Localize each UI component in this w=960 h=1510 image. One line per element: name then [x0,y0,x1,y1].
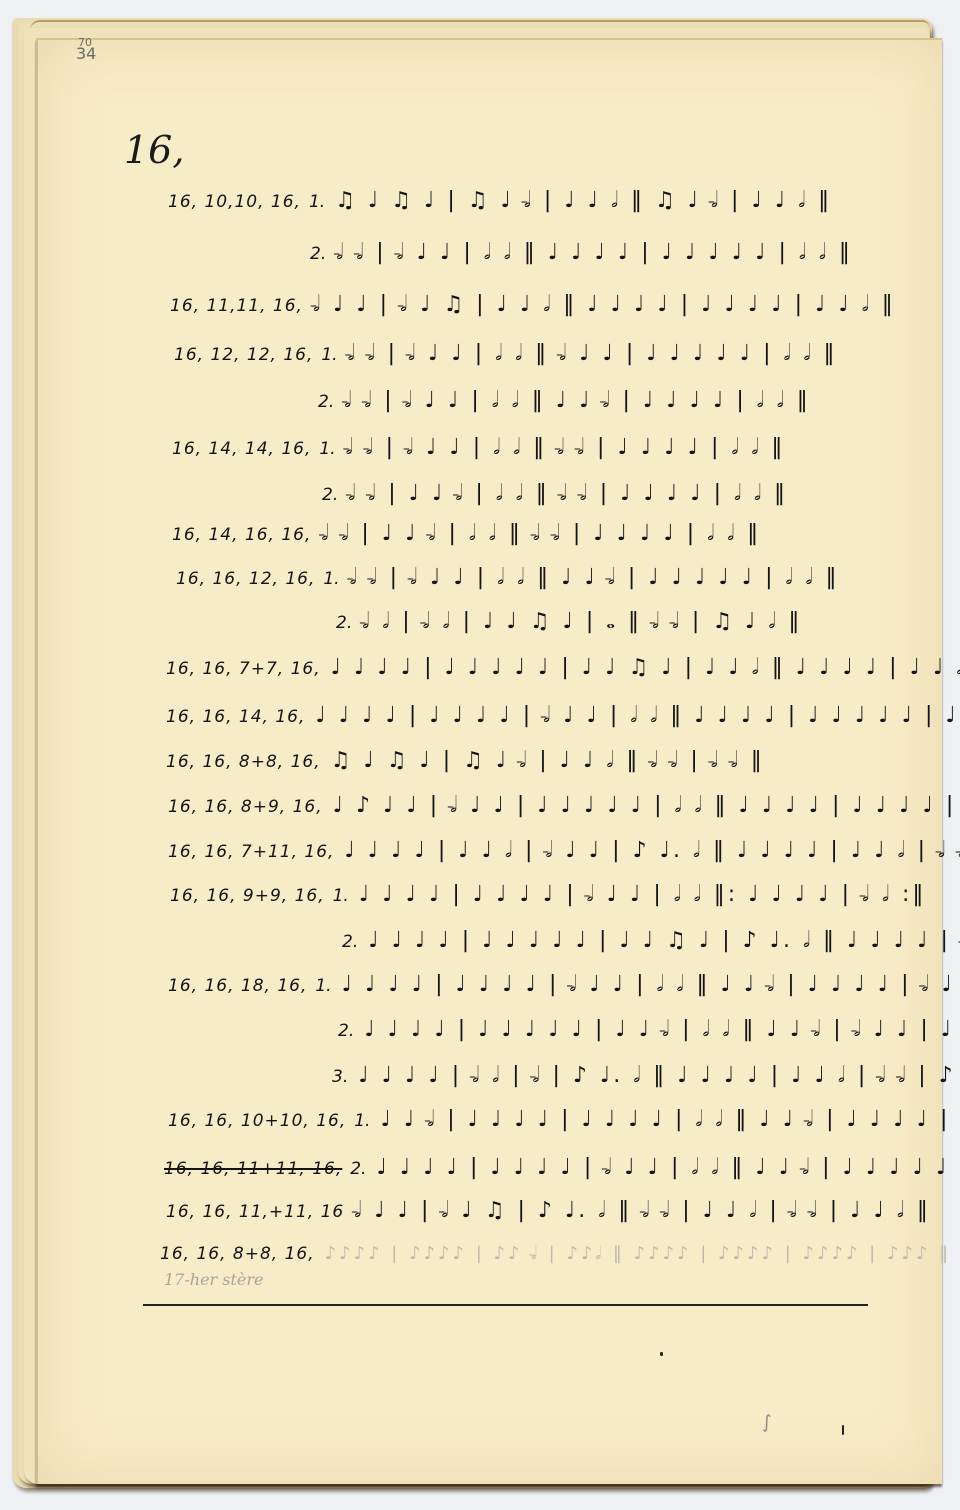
rhythm-row: 16, 14, 16, 16,𝅗̵𝅥 𝅗̵𝅥 | ♩ ♩ 𝅗̵𝅥 | 𝅗𝅥 𝅗𝅥… [172,521,761,546]
variant-number: 1. [321,345,337,365]
rhythm-row: 16, 16, 9+9, 16,1.♩ ♩ ♩ ♩ | ♩ ♩ ♩ ♩ | 𝅗̵… [170,882,926,907]
meter-label: 16, 16, 12, 16, [176,569,315,589]
meter-label: 16, 16, 7+7, 16, [166,659,321,679]
meter-label: 16, 12, 12, 16, [174,345,313,365]
rhythm-notation: ♫ ♩ ♫ ♩ | ♫ ♩ 𝅗̵𝅥 | ♩ ♩ 𝅗𝅥 ‖ ♫ ♩ 𝅗̵𝅥 | ♩… [335,188,832,213]
horizontal-rule [143,1304,868,1306]
rhythm-notation: 𝅗̵𝅥 𝅗̵𝅥 | 𝅗̵𝅥 ♩ ♩ | 𝅗𝅥 𝅗𝅥 ‖ ♩ ♩ ♩ ♩ | ♩ … [336,240,853,265]
rhythm-row: 16, 16, 7+7, 16,♩ ♩ ♩ ♩ | ♩ ♩ ♩ ♩ ♩ | ♩ … [166,655,960,680]
meter-label: 16, 16, 8+8, 16, [166,752,321,772]
variant-number: 1. [315,976,331,996]
rhythm-row: 16, 16, 11,+11, 16𝅗̵𝅥 ♩ ♩ | 𝅗̵𝅥 ♩ ♫ | ♪ … [166,1198,931,1223]
rhythm-notation: 𝅗̵𝅥 𝅗̵𝅥 | ♩ ♩ 𝅗̵𝅥 | 𝅗𝅥 𝅗𝅥 ‖ 𝅗̵𝅥 𝅗̵𝅥 | ♩ … [321,521,761,546]
variant-number: 1. [333,886,349,906]
variant-number: 3. [332,1067,348,1087]
variant-number: 2. [350,1159,366,1179]
meter-label: 16, 11,11, 16, [170,296,303,316]
rhythm-notation: ♩ ♩ ♩ ♩ | ♩ ♩ ♩ ♩ | 𝅗̵𝅥 ♩ ♩ | 𝅗𝅥 𝅗𝅥 ‖ ♩ … [342,972,960,997]
rhythm-row: 16, 14, 14, 16,1.𝅗̵𝅥 𝅗̵𝅥 | 𝅗̵𝅥 ♩ ♩ | 𝅗𝅥 … [172,435,785,460]
variant-number: 2. [310,244,326,264]
ink-speck [842,1425,844,1435]
meter-label: 16, 16, 10+10, 16, [168,1111,346,1131]
rhythm-row: 16, 16, 10+10, 16,1.♩ ♩ 𝅗̵𝅥 | ♩ ♩ ♩ ♩ | … [168,1107,960,1132]
rhythm-row: 16, 16, 18, 16,1.♩ ♩ ♩ ♩ | ♩ ♩ ♩ ♩ | 𝅗̵𝅥… [168,972,960,997]
rhythm-row: 2.♩ ♩ ♩ ♩ | ♩ ♩ ♩ ♩ ♩ | ♩ ♩ 𝅗̵𝅥 | 𝅗𝅥 𝅗𝅥 … [338,1017,960,1042]
variant-number: 1. [319,439,335,459]
rhythm-row: 16, 16, 14, 16,♩ ♩ ♩ ♩ | ♩ ♩ ♩ ♩ | 𝅗̵𝅥 ♩… [166,703,960,728]
rhythm-notation: ♩ ♪ ♩ ♩ | 𝅗̵𝅥 ♩ ♩ | ♩ ♩ ♩ ♩ ♩ | 𝅗𝅥 𝅗𝅥 ‖ … [333,793,960,818]
rhythm-notation: 𝅗̵𝅥 𝅗̵𝅥 | 𝅗̵𝅥 ♩ ♩ | 𝅗𝅥 𝅗𝅥 ‖ ♩ ♩ 𝅗̵𝅥 | ♩ … [350,565,840,590]
variant-number: 2. [338,1021,354,1041]
rhythm-row: 3.♩ ♩ ♩ ♩ | 𝅗̵𝅥 𝅗𝅥 | 𝅗̵𝅥 | ♪ ♩. 𝅗𝅥 ‖ ♩ ♩… [332,1063,960,1088]
rhythm-notation: 𝅗̵𝅥 ♩ ♩ | 𝅗̵𝅥 ♩ ♫ | ♩ ♩ 𝅗𝅥 ‖ ♩ ♩ ♩ ♩ | ♩… [313,292,896,317]
rhythm-notation: ♩ ♩ ♩ ♩ | ♩ ♩ ♩ ♩ ♩ | ♩ ♩ ♫ ♩ | ♩ ♩ 𝅗𝅥 ‖… [331,655,960,680]
rhythm-row: 16, 16, 12, 16,1.𝅗̵𝅥 𝅗̵𝅥 | 𝅗̵𝅥 ♩ ♩ | 𝅗𝅥 … [176,565,839,590]
meter-label: 16, 14, 14, 16, [172,439,311,459]
rhythm-notation: ♩ ♩ ♩ ♩ | ♩ ♩ 𝅗𝅥 | 𝅗̵𝅥 ♩ ♩ | ♪ ♩. 𝅗𝅥 ‖ ♩… [344,838,960,863]
rhythm-notation: ♩ ♩ ♩ ♩ | ♩ ♩ ♩ ♩ ♩ | ♩ ♩ ♫ ♩ | ♪ ♩. 𝅗𝅥 … [368,928,960,953]
variant-number: 1. [323,569,339,589]
ink-speck [660,1352,663,1356]
meter-label: 16, 16, 9+9, 16, [170,886,325,906]
rhythm-row: 2.𝅗̵𝅥 𝅗̵𝅥 | 𝅗̵𝅥 ♩ ♩ | 𝅗𝅥 𝅗𝅥 ‖ ♩ ♩ 𝅗̵𝅥 | … [318,388,811,413]
variant-number: 2. [322,485,338,505]
page-number: 34 [76,44,96,63]
rhythm-notation: 𝅗̵𝅥 𝅗̵𝅥 | ♩ ♩ 𝅗̵𝅥 | 𝅗𝅥 𝅗𝅥 ‖ 𝅗̵𝅥 𝅗̵𝅥 | ♩ … [348,481,788,506]
meter-label: 16, 16, 11+11, 16, [164,1159,342,1179]
variant-number: 2. [318,392,334,412]
variant-number: 1. [309,192,325,212]
rhythm-row: 16, 16, 8+8, 16,♫ ♩ ♫ ♩ | ♫ ♩ 𝅗̵𝅥 | ♩ ♩ … [166,748,765,773]
rhythm-row: 2.𝅗̵𝅥 𝅗̵𝅥 | 𝅗̵𝅥 ♩ ♩ | 𝅗𝅥 𝅗𝅥 ‖ ♩ ♩ ♩ ♩ | … [310,240,853,265]
meter-label: 16, 16, 8+8, 16, [160,1244,315,1264]
meter-label: 16, 10,10, 16, [168,192,301,212]
meter-label: 16, 16, 7+11, 16, [168,842,334,862]
rhythm-notation: 𝅗̵𝅥 ♩ ♩ | 𝅗̵𝅥 ♩ ♫ | ♪ ♩. 𝅗𝅥 ‖ 𝅗̵𝅥 𝅗̵𝅥 | … [354,1198,931,1223]
meter-label: 16, 16, 11,+11, 16 [166,1202,344,1222]
rhythm-row: 2.♩ ♩ ♩ ♩ | ♩ ♩ ♩ ♩ ♩ | ♩ ♩ ♫ ♩ | ♪ ♩. 𝅗… [342,928,960,953]
section-heading: 16, [124,128,184,172]
rhythm-row: 16, 16, 11+11, 16,2.♩ ♩ ♩ ♩ | ♩ ♩ ♩ ♩ | … [164,1155,960,1180]
rhythm-notation: ♩ ♩ ♩ ♩ | ♩ ♩ ♩ ♩ | 𝅗̵𝅥 ♩ ♩ | 𝅗𝅥 𝅗𝅥 ‖ ♩ … [376,1155,960,1180]
rhythm-row: 16, 12, 12, 16,1.𝅗̵𝅥 𝅗̵𝅥 | 𝅗̵𝅥 ♩ ♩ | 𝅗𝅥 … [174,341,837,366]
rhythm-notation: ♫ ♩ ♫ ♩ | ♫ ♩ 𝅗̵𝅥 | ♩ ♩ 𝅗𝅥 ‖ 𝅗̵𝅥 𝅗̵𝅥 | 𝅗… [331,748,765,773]
rhythm-notation: ♩ ♩ ♩ ♩ | ♩ ♩ ♩ ♩ | 𝅗̵𝅥 ♩ ♩ | 𝅗𝅥 𝅗𝅥 ‖ ♩ … [315,703,960,728]
rhythm-row: 16, 16, 8+9, 16,♩ ♪ ♩ ♩ | 𝅗̵𝅥 ♩ ♩ | ♩ ♩ … [168,793,960,818]
rhythm-notation: 𝅗̵𝅥 𝅗𝅥 | 𝅗̵𝅥 𝅗𝅥 | ♩ ♩ ♫ ♩ | 𝅝 ‖ 𝅗̵𝅥 𝅗̵𝅥 … [362,609,802,634]
rhythm-row: 2.𝅗̵𝅥 𝅗̵𝅥 | ♩ ♩ 𝅗̵𝅥 | 𝅗𝅥 𝅗𝅥 ‖ 𝅗̵𝅥 𝅗̵𝅥 | … [322,481,788,506]
meter-label: 16, 16, 18, 16, [168,976,307,996]
ink-smudge: ∫ [762,1412,771,1433]
meter-label: 16, 16, 8+9, 16, [168,797,323,817]
rhythm-notation: ♩ ♩ ♩ ♩ | ♩ ♩ ♩ ♩ | 𝅗̵𝅥 ♩ ♩ | 𝅗𝅥 𝅗𝅥 ‖: ♩… [359,882,927,907]
variant-number: 2. [342,932,358,952]
rhythm-row: 16, 11,11, 16,𝅗̵𝅥 ♩ ♩ | 𝅗̵𝅥 ♩ ♫ | ♩ ♩ 𝅗𝅥… [170,292,896,317]
rhythm-notation: 𝅗̵𝅥 𝅗̵𝅥 | 𝅗̵𝅥 ♩ ♩ | 𝅗𝅥 𝅗𝅥 ‖ 𝅗̵𝅥 ♩ ♩ | ♩ … [348,341,838,366]
variant-number: 1. [354,1111,370,1131]
rhythm-row: 2.𝅗̵𝅥 𝅗𝅥 | 𝅗̵𝅥 𝅗𝅥 | ♩ ♩ ♫ ♩ | 𝅝 ‖ 𝅗̵𝅥 𝅗̵… [336,609,802,634]
rhythm-notation: ♩ ♩ 𝅗̵𝅥 | ♩ ♩ ♩ ♩ | ♩ ♩ ♩ ♩ | 𝅗𝅥 𝅗𝅥 ‖ ♩ … [380,1107,960,1132]
variant-number: 2. [336,613,352,633]
rhythm-notation: ♩ ♩ ♩ ♩ | 𝅗̵𝅥 𝅗𝅥 | 𝅗̵𝅥 | ♪ ♩. 𝅗𝅥 ‖ ♩ ♩ ♩… [358,1063,960,1088]
rhythm-row: 16, 16, 7+11, 16,♩ ♩ ♩ ♩ | ♩ ♩ 𝅗𝅥 | 𝅗̵𝅥 … [168,838,960,863]
rhythm-notation: 𝅗̵𝅥 𝅗̵𝅥 | 𝅗̵𝅥 ♩ ♩ | 𝅗𝅥 𝅗𝅥 ‖ 𝅗̵𝅥 𝅗̵𝅥 | ♩ … [346,435,786,460]
rhythm-row: 16, 10,10, 16,1.♫ ♩ ♫ ♩ | ♫ ♩ 𝅗̵𝅥 | ♩ ♩ … [168,188,832,213]
meter-label: 16, 14, 16, 16, [172,525,311,545]
rhythm-notation: ♩ ♩ ♩ ♩ | ♩ ♩ ♩ ♩ ♩ | ♩ ♩ 𝅗̵𝅥 | 𝅗𝅥 𝅗𝅥 ‖ … [364,1017,960,1042]
pencil-note: 17-her stère [164,1270,264,1289]
meter-label: 16, 16, 14, 16, [166,707,305,727]
rhythm-notation: 𝅗̵𝅥 𝅗̵𝅥 | 𝅗̵𝅥 ♩ ♩ | 𝅗𝅥 𝅗𝅥 ‖ ♩ ♩ 𝅗̵𝅥 | ♩ … [344,388,811,413]
rhythm-notation: ♪♪♪♪ | ♪♪♪♪ | ♪♪ 𝅗̵𝅥 | ♪♪𝅗𝅥 ‖ ♪♪♪♪ | ♪♪♪… [325,1243,952,1264]
rhythm-row: 16, 16, 8+8, 16,♪♪♪♪ | ♪♪♪♪ | ♪♪ 𝅗̵𝅥 | ♪… [160,1243,951,1264]
